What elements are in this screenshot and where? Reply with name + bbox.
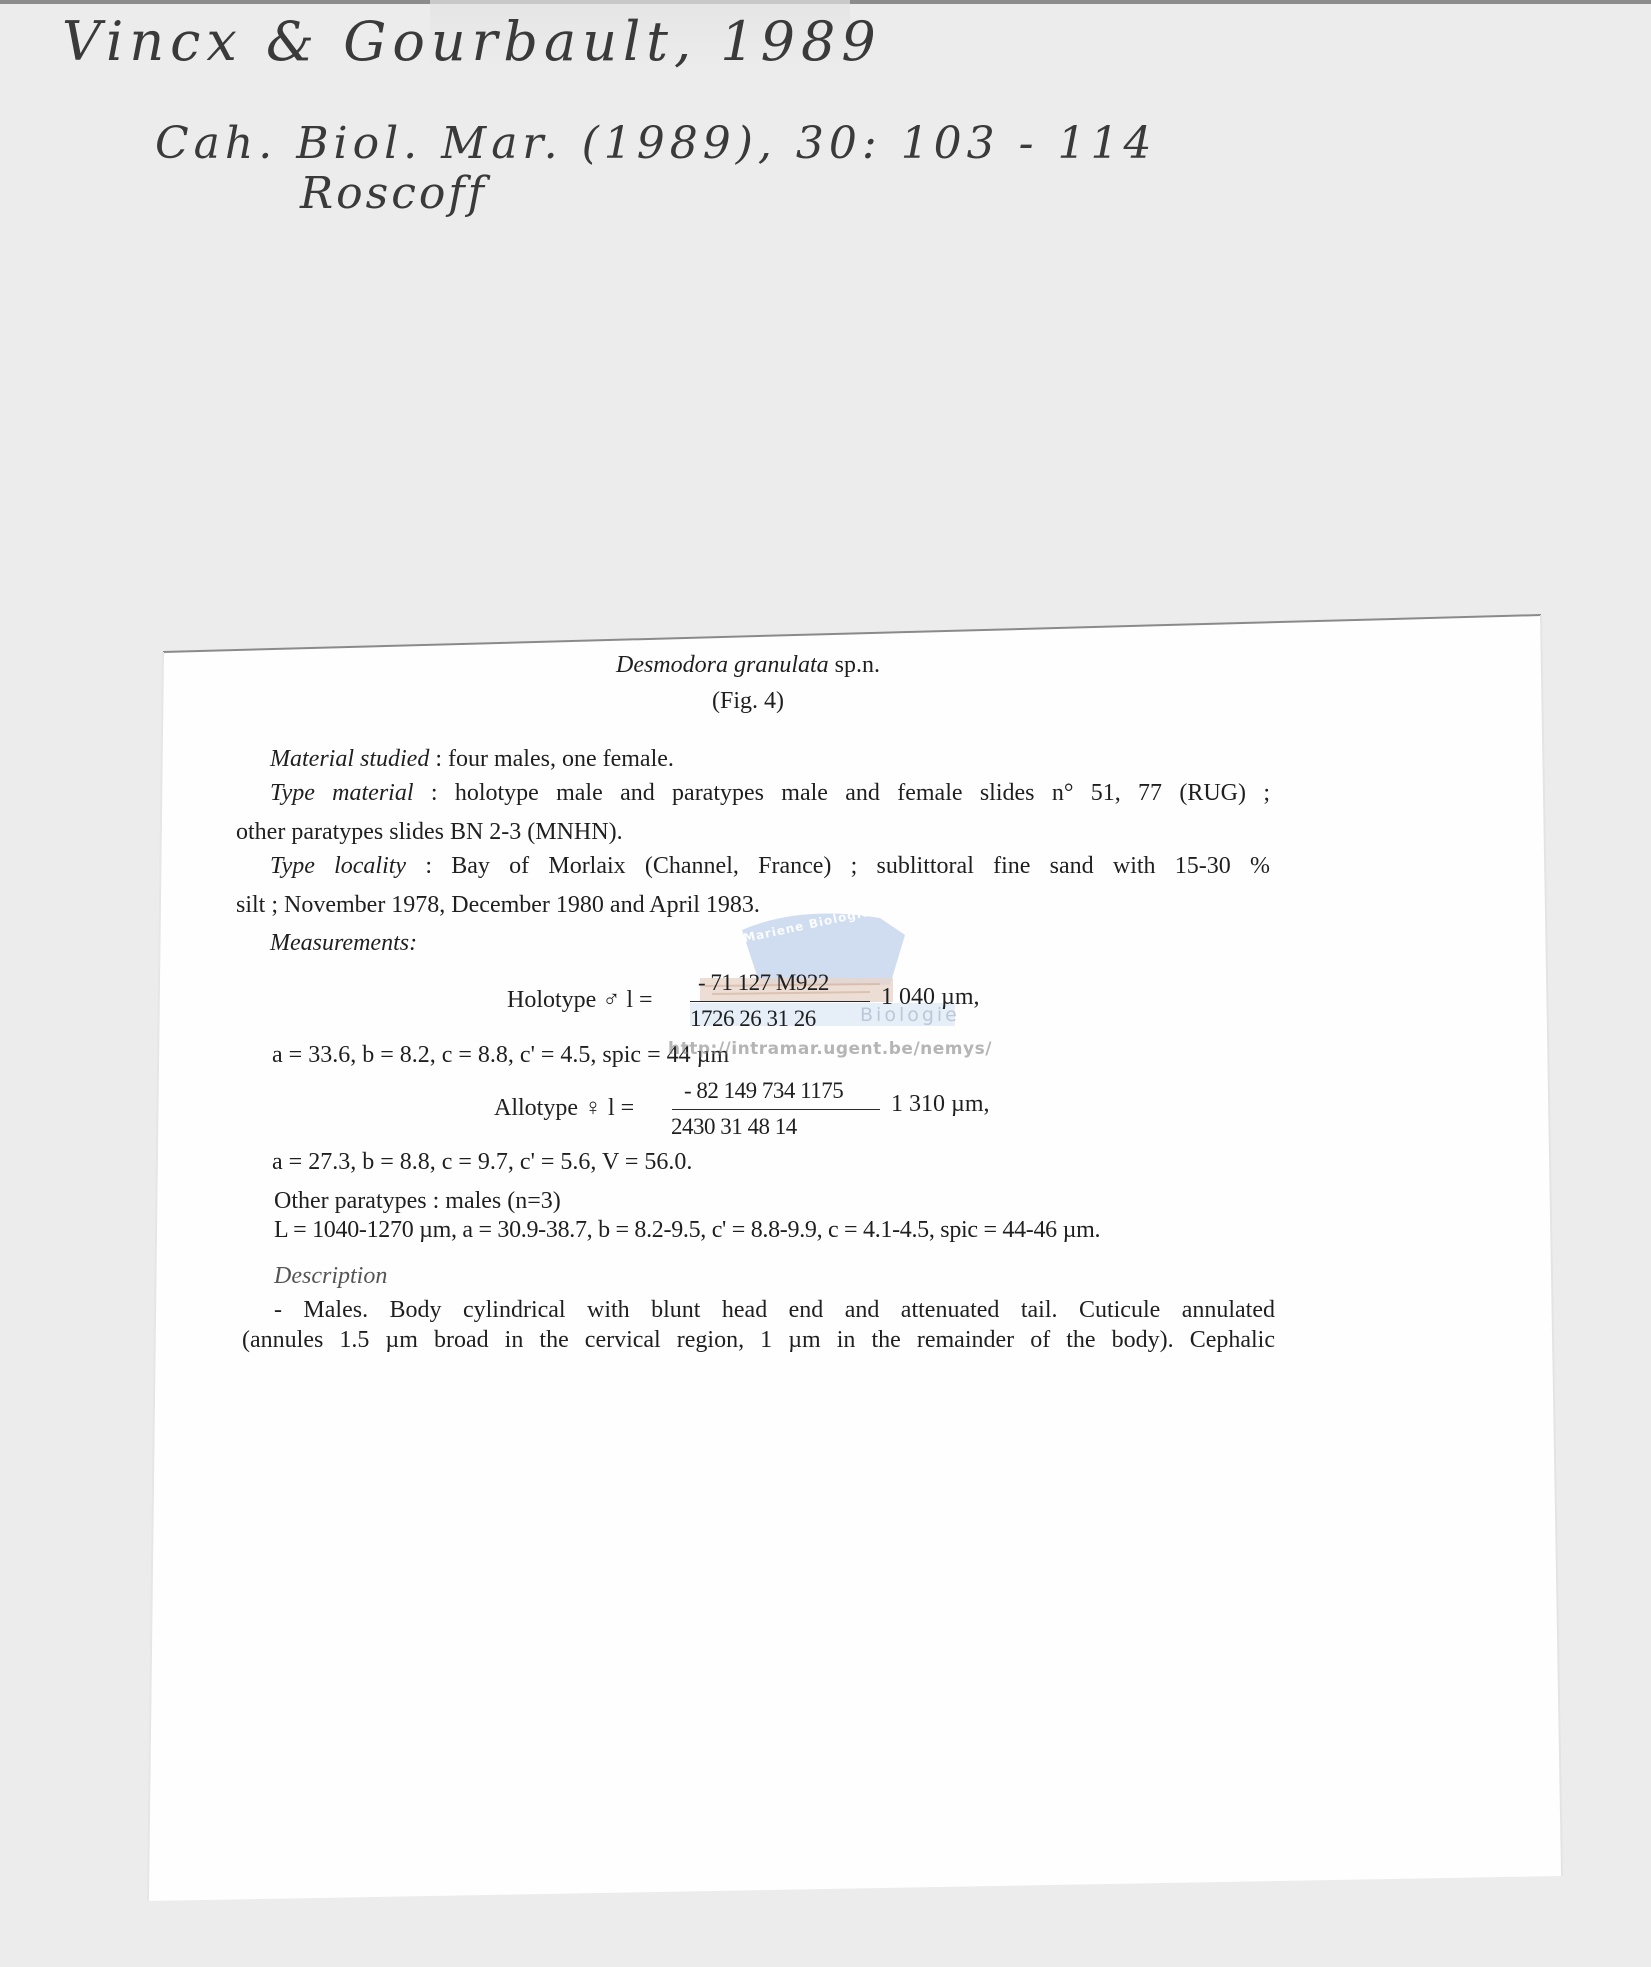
- allotype-fraction-bar: [672, 1109, 880, 1110]
- figure-reference: (Fig. 4): [548, 687, 948, 715]
- other-paratypes-ranges: L = 1040-1270 µm, a = 30.9-38.7, b = 8.2…: [274, 1216, 1100, 1244]
- type-locality-line1: Type locality : Bay of Morlaix (Channel,…: [270, 852, 1270, 880]
- watermark-url: http://intramar.ugent.be/nemys/: [668, 1039, 992, 1059]
- material-studied: Material studied : four males, one femal…: [270, 745, 674, 773]
- holotype-numerator: - 71 127 M922: [698, 970, 829, 996]
- type-material-label: Type material: [270, 780, 414, 806]
- type-material-line2: other paratypes slides BN 2-3 (MNHN).: [236, 818, 623, 846]
- material-studied-text: : four males, one female.: [429, 746, 674, 772]
- holotype-fraction-bar: [690, 1001, 870, 1002]
- type-locality-text: : Bay of Morlaix (Channel, France) ; sub…: [406, 853, 1270, 879]
- holotype-denominator: 1726 26 31 26: [690, 1006, 816, 1032]
- description-line1: - Males. Body cylindrical with blunt hea…: [274, 1296, 1275, 1324]
- allotype-length: 1 310 µm,: [891, 1090, 990, 1118]
- species-name: Desmodora granulata: [616, 652, 829, 678]
- other-paratypes-label: Other paratypes : males (n=3): [274, 1187, 561, 1215]
- description-heading: Description: [274, 1262, 387, 1290]
- material-studied-label: Material studied: [270, 746, 429, 772]
- allotype-ratios: a = 27.3, b = 8.8, c = 9.7, c' = 5.6, V …: [272, 1148, 692, 1176]
- allotype-denominator: 2430 31 48 14: [671, 1114, 797, 1140]
- description-line2: (annules 1.5 µm broad in the cervical re…: [242, 1326, 1275, 1354]
- type-material-text: : holotype male and paratypes male and f…: [414, 780, 1270, 806]
- holotype-ratios: a = 33.6, b = 8.2, c = 8.8, c' = 4.5, sp…: [272, 1041, 729, 1069]
- type-locality-line2: silt ; November 1978, December 1980 and …: [236, 891, 760, 919]
- type-locality-label: Type locality: [270, 853, 406, 879]
- allotype-numerator: - 82 149 734 1175: [684, 1078, 843, 1104]
- holotype-length: 1 040 µm,: [881, 983, 980, 1011]
- allotype-label: Allotype ♀ l =: [494, 1094, 634, 1122]
- type-material-line1: Type material : holotype male and paraty…: [270, 779, 1270, 807]
- holotype-label: Holotype ♂ l =: [507, 986, 653, 1014]
- measurements-heading: Measurements:: [270, 929, 417, 957]
- species-suffix: sp.n.: [829, 652, 880, 678]
- species-title: Desmodora granulata sp.n.: [548, 651, 948, 679]
